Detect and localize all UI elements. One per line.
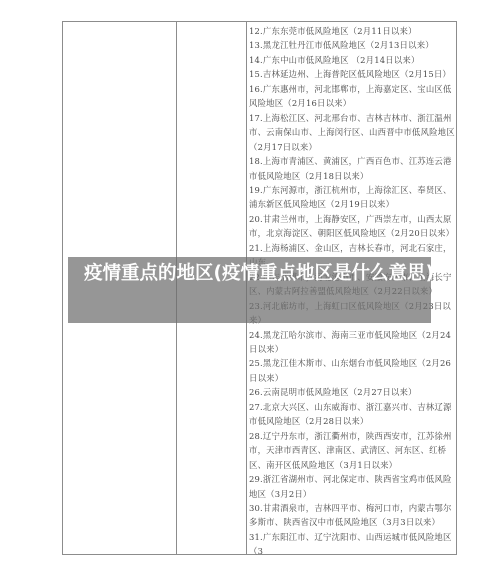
list-item: 20.甘肃兰州市，上海静安区，广西崇左市，山西太原市，北京海淀区、朝阳区低风险地… <box>249 212 455 241</box>
list-item: 13.黑龙江牡丹江市低风险地区（2月13日以来） <box>249 38 455 52</box>
list-item: 15.吉林延边州、上海普陀区低风险地区（2月15日） <box>249 67 455 81</box>
list-item: 17.上海松江区、河北邢台市、吉林吉林市、浙江温州市、云南保山市、上海闵行区、山… <box>249 111 455 154</box>
list-item: 30.甘肃酒泉市，吉林四平市、梅河口市，内蒙古鄂尔多斯市、陕西省汉中市低风险地区… <box>249 501 455 530</box>
list-item: 14.广东中山市低风险地区 （2月14日以来） <box>249 53 455 67</box>
list-item: 27.北京大兴区、山东威海市、浙江嘉兴市、吉林辽源市低风险地区（2月28日以来） <box>249 400 455 429</box>
list-item: 19.广东河源市，浙江杭州市，上海徐汇区、奉贤区、浦东新区低风险地区（2月19日… <box>249 183 455 212</box>
list-item: 12.广东东莞市低风险地区（2月11日以来） <box>249 24 455 38</box>
overlay-title: 疫情重点的地区(疫情重点地区是什么意思) <box>74 259 444 288</box>
list-item: 29.浙江省湖州市、河北保定市、陕西省宝鸡市低风险地区（3月2日） <box>249 472 455 501</box>
list-item: 25.黑龙江佳木斯市、山东烟台市低风险地区（2月26日以来） <box>249 356 455 385</box>
list-item: 26.云南昆明市低风险地区（2月27日以来） <box>249 385 455 399</box>
list-item: 16.广东惠州市，河北邯郸市，上海嘉定区、宝山区低风险地区（2月16日以来） <box>249 82 455 111</box>
list-item: 28.辽宁丹东市，浙江衢州市，陕西西安市，江苏徐州市，天津市西青区、津南区、武清… <box>249 429 455 472</box>
list-item: 31.广东阳江市、辽宁沈阳市、山西运城市低风险地区（3 <box>249 530 455 559</box>
list-item: 18.上海市青浦区、黄浦区，广西百色市、江苏连云港市低风险地区（2月18日以来） <box>249 154 455 183</box>
list-item: 24.黑龙江哈尔滨市、海南三亚市低风险地区（2月24日以来） <box>249 328 455 357</box>
